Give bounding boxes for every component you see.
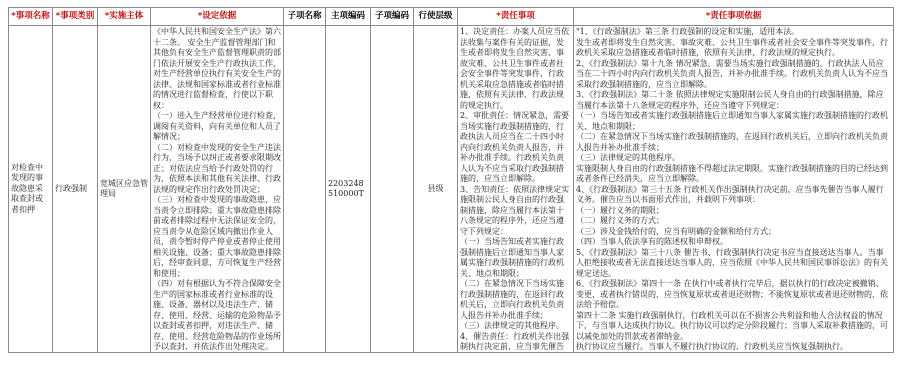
responsibility-items-text: 1、决定责任：办案人员应当依法收集与案件有关的证据，发生或者即将发生自然灾害、事… <box>460 27 571 350</box>
cell-item-category: 行政强制 <box>53 26 98 353</box>
header-responsibility-items: *责任事项 <box>458 8 574 26</box>
header-item-name: *事项名称 <box>9 8 53 26</box>
duty-list-table: *事项名称 *事项类别 *实施主体 *设定依据 子项名称 主项编码 子项编码 行… <box>8 7 894 353</box>
power-responsibility-table: *事项名称 *事项类别 *实施主体 *设定依据 子项名称 主项编码 子项编码 行… <box>8 7 894 353</box>
header-implementing-body: *实施主体 <box>98 8 151 26</box>
setting-basis-text: 《中华人民共和国安全生产法》第六十二条。 安全生产监督管理部门和其他负有安全生产… <box>153 27 281 350</box>
header-row: *事项名称 *事项类别 *实施主体 *设定依据 子项名称 主项编码 子项编码 行… <box>9 8 894 26</box>
responsibility-basis-text: "1、《行政强制法》第三条 行政强制的设定和实施，适用本法。 发生或者即将发生自… <box>576 27 891 350</box>
header-subitem-name: 子项名称 <box>284 8 326 26</box>
header-exercise-level: 行使层级 <box>414 8 458 26</box>
cell-subitem-code <box>371 26 414 353</box>
cell-implementing-body: 宽城区应急管理局 <box>98 26 151 353</box>
header-item-category: *事项类别 <box>53 8 98 26</box>
cell-setting-basis: 《中华人民共和国安全生产法》第六十二条。 安全生产监督管理部门和其他负有安全生产… <box>151 26 284 353</box>
header-subitem-code: 子项编码 <box>371 8 414 26</box>
cell-responsibility-items: 1、决定责任：办案人员应当依法收集与案件有关的证据，发生或者即将发生自然灾害、事… <box>458 26 574 353</box>
header-setting-basis: *设定依据 <box>151 8 284 26</box>
cell-subitem-name <box>284 26 326 353</box>
cell-main-code: 2203248510000T <box>326 26 371 353</box>
cell-exercise-level: 县级 <box>414 26 458 353</box>
header-main-code: 主项编码 <box>326 8 371 26</box>
table-row: 对检查中发现的事故隐患采取查封或者扣押 行政强制 宽城区应急管理局 《中华人民共… <box>9 26 894 353</box>
cell-responsibility-basis: "1、《行政强制法》第三条 行政强制的设定和实施，适用本法。 发生或者即将发生自… <box>574 26 894 353</box>
cell-item-name: 对检查中发现的事故隐患采取查封或者扣押 <box>9 26 53 353</box>
header-responsibility-basis: *责任事项依据 <box>574 8 894 26</box>
